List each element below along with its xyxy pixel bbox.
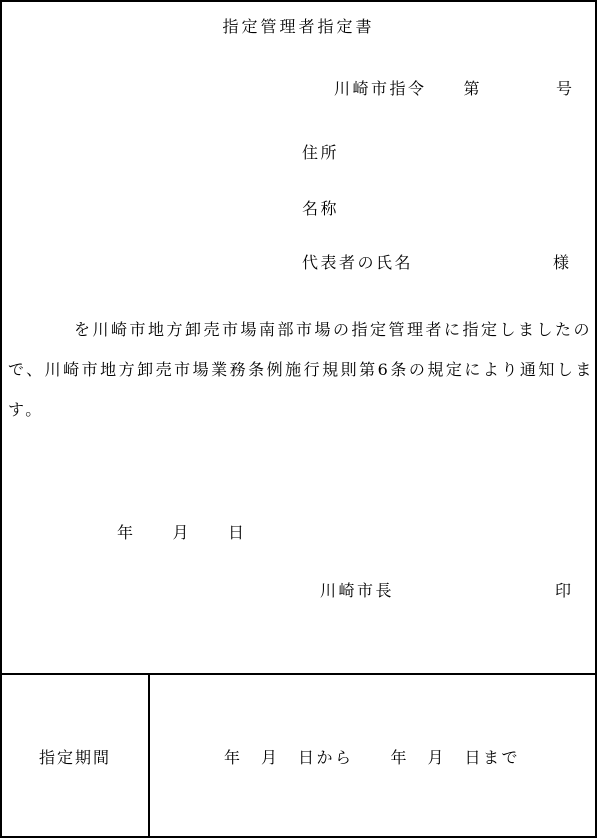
representative-name-label: 代表者の氏名 — [302, 253, 413, 272]
period-value-cell: 年 月 日から 年 月 日まで — [224, 748, 520, 767]
table-top-rule — [2, 673, 595, 675]
table-column-rule — [148, 673, 150, 836]
mayor-signature: 川崎市長 — [320, 581, 394, 600]
designation-document-page: 指定管理者指定書 川崎市指令 第 号 住所 名称 代表者の氏名 様 を川崎市地方… — [0, 0, 597, 838]
address-label: 住所 — [302, 143, 339, 162]
directive-number-line: 川崎市指令 第 号 — [334, 79, 575, 98]
period-label-cell: 指定期間 — [2, 748, 148, 767]
body-line: で、川崎市地方卸売市場業務条例施行規則第6条の規定により通知しま — [8, 360, 594, 379]
issue-date-line: 年 月 日 — [117, 523, 247, 542]
seal-mark: 印 — [555, 581, 574, 600]
honorific-label: 様 — [553, 253, 572, 272]
document-title: 指定管理者指定書 — [2, 17, 595, 36]
name-label: 名称 — [302, 199, 339, 218]
body-line: を川崎市地方卸売市場南部市場の指定管理者に指定しましたの — [74, 320, 592, 339]
body-line: す。 — [8, 400, 44, 419]
